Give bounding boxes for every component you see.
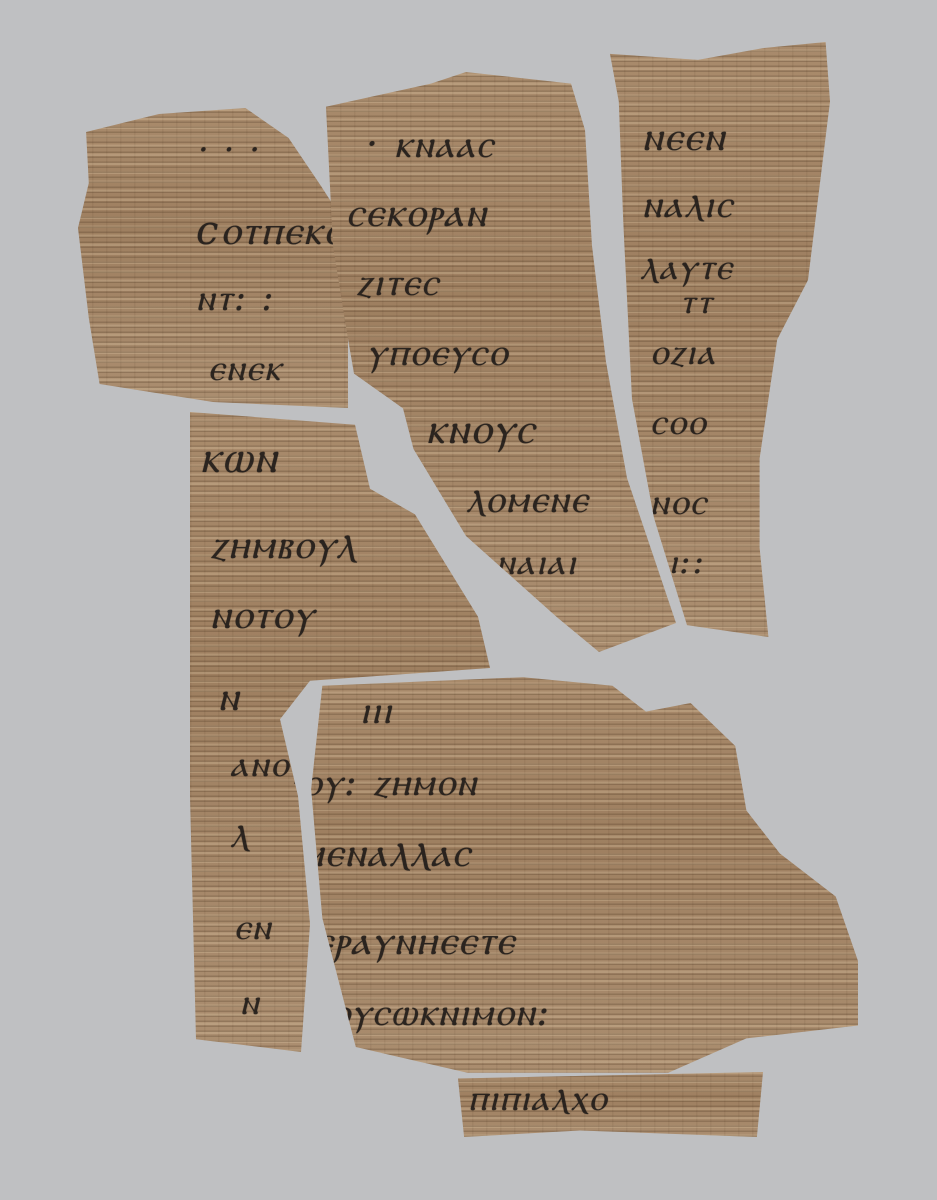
papyrus-fragment-bottom-strip: ⲡⲓⲡⲓⲁⲗⲭⲟ [458, 1072, 763, 1137]
text-line: ⲓⲓⲓ [360, 688, 393, 733]
text-line: ⲡⲓⲡⲓⲁⲗⲭⲟ [468, 1078, 608, 1120]
text-line: ⲛⲁⲗⲓⲥ [642, 182, 734, 227]
text-line: ⲥⲟⲟ [650, 402, 707, 444]
text-line: ⲛⲧ: : [196, 278, 276, 320]
text-line: ⲕⲱⲛ [200, 432, 278, 483]
text-line: ⲛⲟⲥ [650, 482, 708, 524]
text-line: ⲍⲓⲧⲉⲥ [356, 260, 440, 305]
text-line: ⲉⲛⲉⲕ [208, 348, 283, 390]
text-line: ⲍⲏⲙⲃⲟⲩⲗ [210, 522, 357, 568]
text-line: ⲛ [218, 674, 240, 720]
text-line: ⲟⲍⲓⲁ [650, 332, 717, 374]
photo-stage: · · · ϲⲟⲧⲡⲉⲕⲟⲣⲁ ⲛⲧ: : ⲉⲛⲉⲕ · ⲕⲛⲁⲁⲥ ⲥⲉⲕⲟⲣ… [0, 0, 937, 1200]
text-line: ⲧⲧ [680, 282, 713, 322]
text-line: ⲉⲛ [234, 907, 272, 949]
text-line: · ⲕⲛⲁⲁⲥ [366, 122, 495, 167]
papyrus-fragment-top-left: · · · ϲⲟⲧⲡⲉⲕⲟⲣⲁ ⲛⲧ: : ⲉⲛⲉⲕ [78, 108, 348, 408]
text-line: ⲛ [240, 982, 260, 1024]
text-line: · · · [198, 130, 262, 170]
text-line: ⲗ [230, 812, 250, 857]
text-line: ⲩⲡⲟⲉⲩⲥⲟ [366, 330, 509, 375]
text-line: ⲛⲁⲓⲁⲓ [496, 542, 577, 584]
text-line: ⲛⲉⲉⲛ [642, 114, 726, 160]
text-line: ⲛⲟⲧⲟⲩ [210, 592, 316, 638]
text-line: ⲁⲛⲟⲩ [230, 744, 310, 786]
text-line: ⲗⲟⲙⲉⲛⲉ [466, 477, 589, 522]
text-line: ⲕⲛⲟⲩⲥ [426, 404, 536, 454]
papyrus-fragment-bottom: ⲓⲓⲓ ⲁⲛⲟⲩ: ⲍⲏⲙⲟⲛ ⲗⲱⲙⲉⲛⲁⲗⲗⲁⲥ ⲉⲛⲛⲉⲣⲁⲩⲛⲏⲉⲉⲧⲉ… [300, 660, 858, 1090]
text-line: ⲥⲉⲕⲟⲣⲁⲛ [346, 190, 488, 236]
